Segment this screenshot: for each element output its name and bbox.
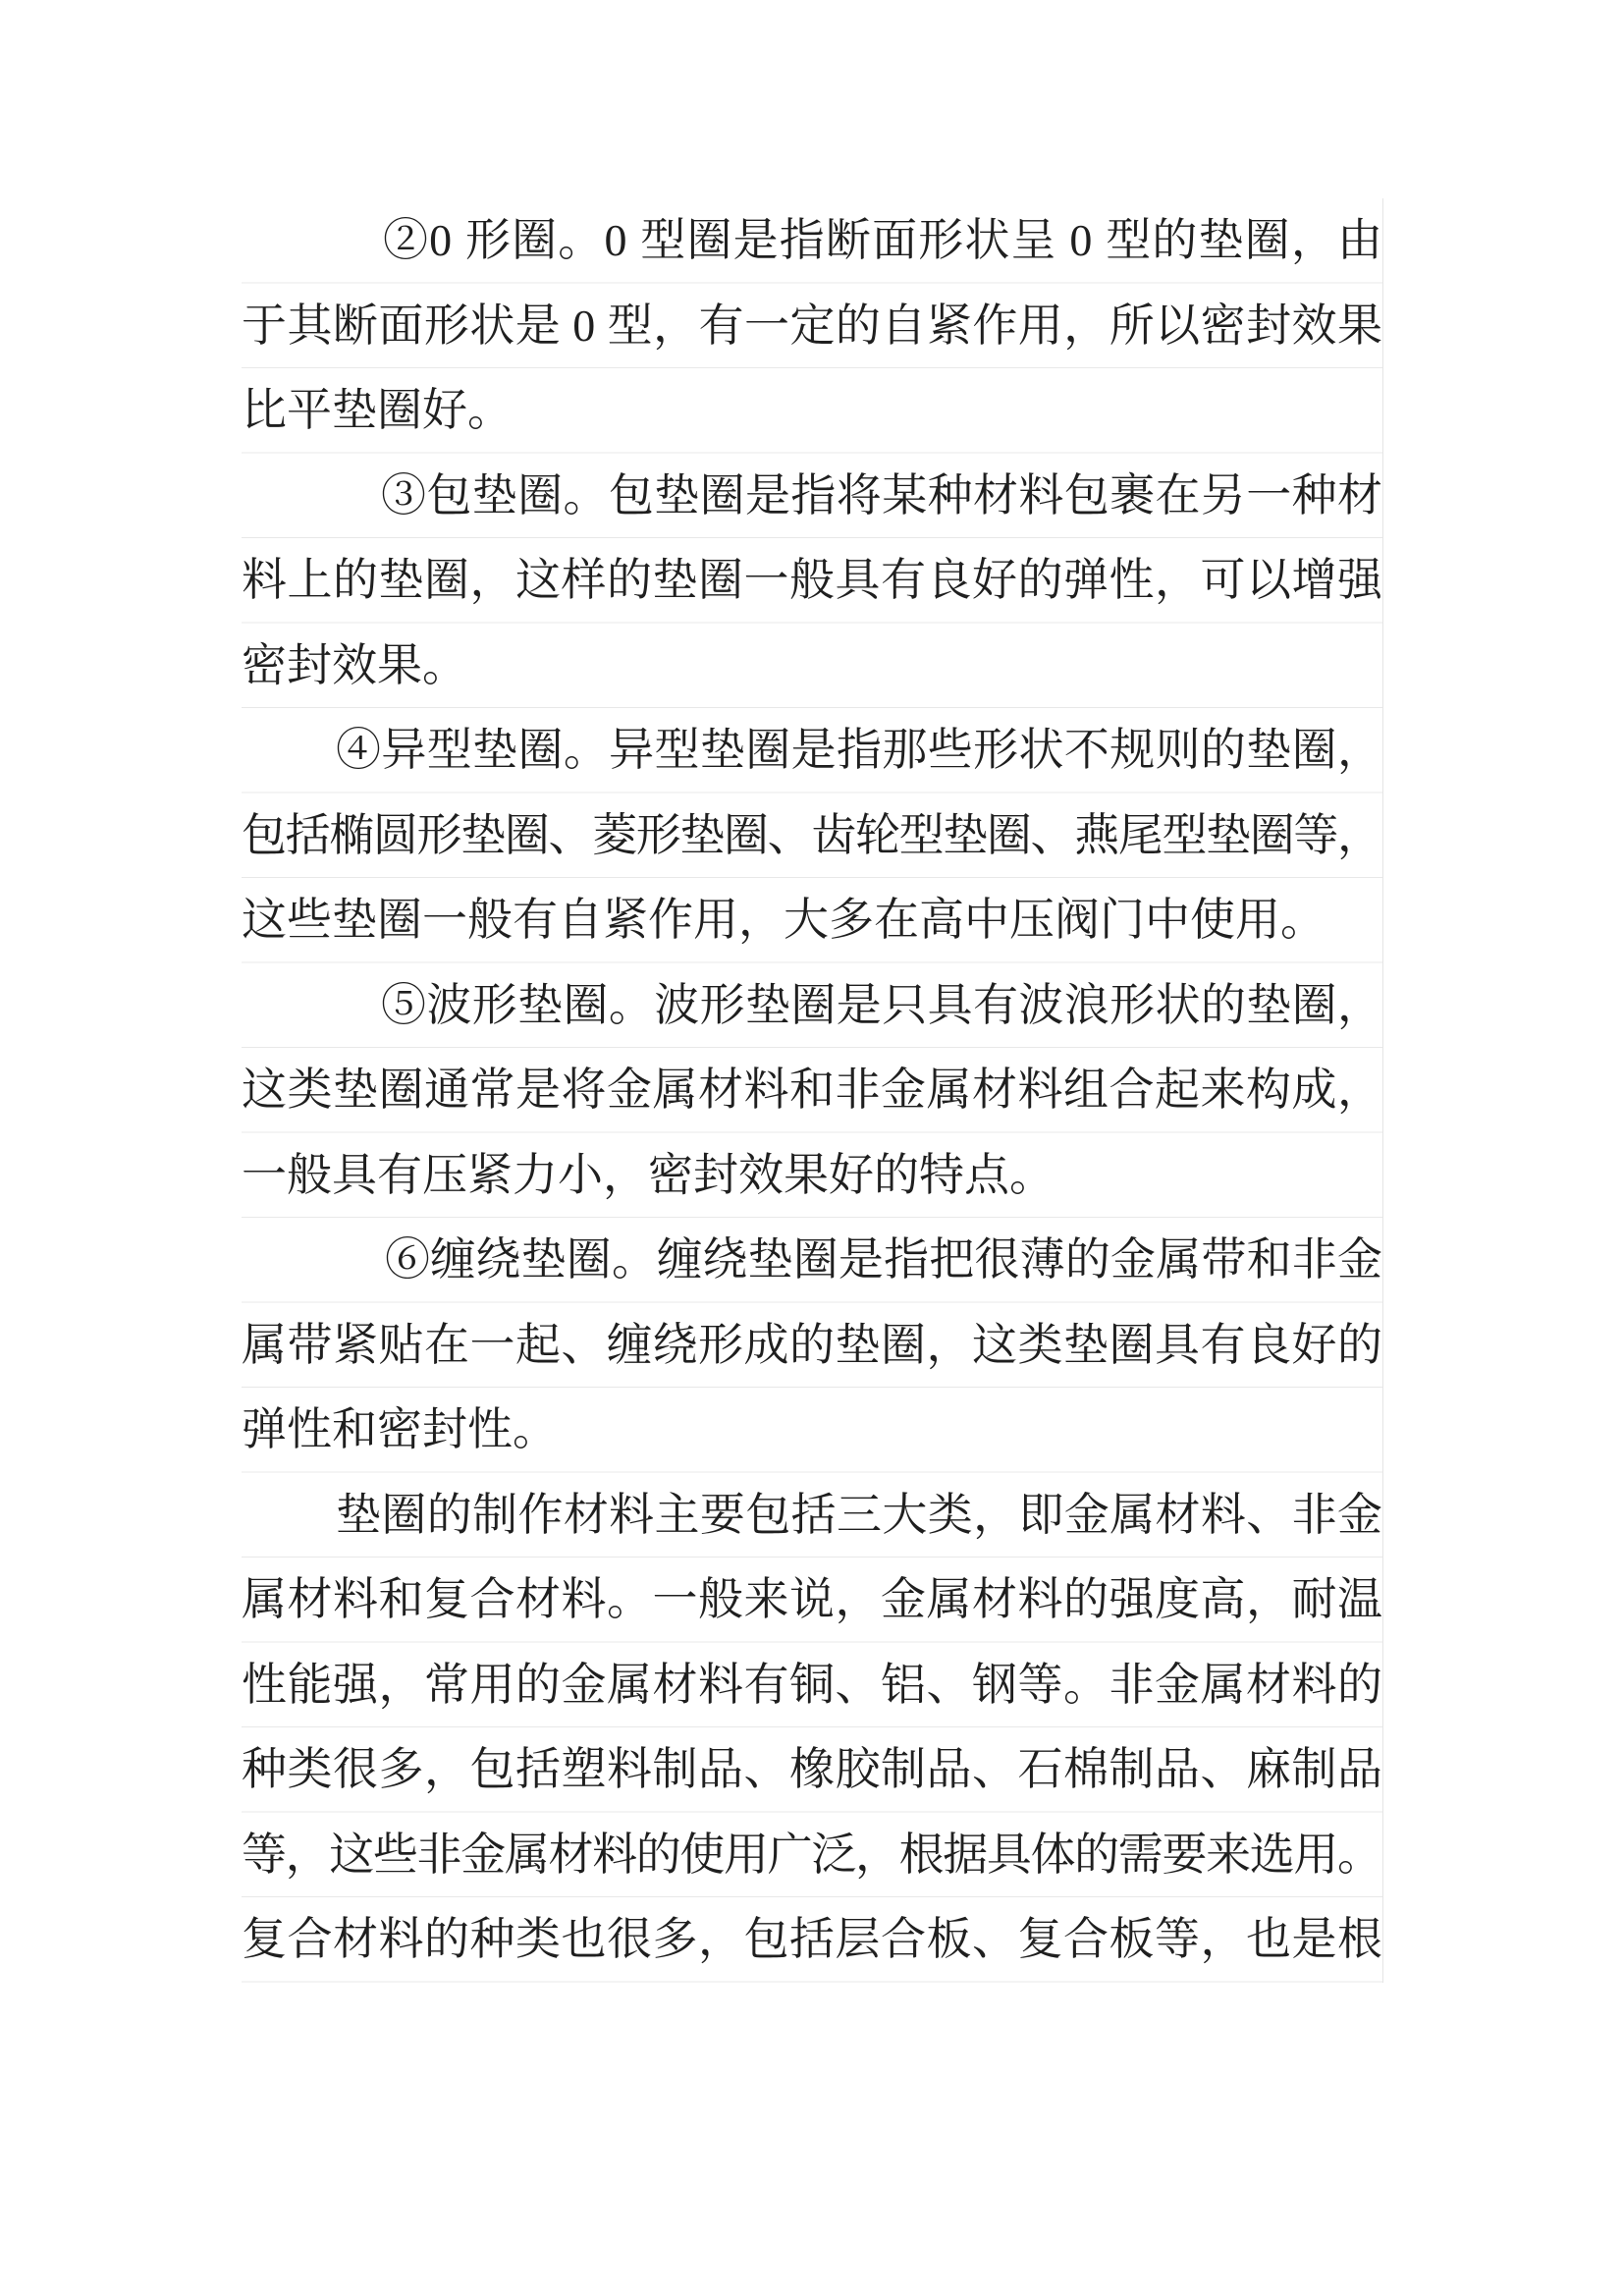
text-line-content: 垫圈的制作材料主要包括三大类，即金属材料、非金	[336, 1473, 1382, 1558]
text-line: 属带紧贴在一起、缠绕形成的垫圈，这类垫圈具有良好的	[242, 1303, 1382, 1389]
text-line: 种类很多，包括塑料制品、橡胶制品、石棉制品、麻制品	[242, 1727, 1382, 1813]
text-line: 比平垫圈好。	[242, 368, 1382, 454]
text-line: 等，这些非金属材料的使用广泛，根据具体的需要来选用。	[242, 1813, 1382, 1898]
paragraph: ③包垫圈。包垫圈是指将某种材料包裹在另一种材料上的垫圈，这样的垫圈一般具有良好的…	[242, 454, 1382, 709]
text-line-content: 属材料和复合材料。一般来说，金属材料的强度高，耐温	[242, 1558, 1383, 1643]
document-body: ②0 形圈。0 型圈是指断面形状呈 0 型的垫圈，由于其断面形状是 0 型，有一…	[242, 198, 1383, 1983]
text-line: 性能强，常用的金属材料有铜、铝、钢等。非金属材料的	[242, 1643, 1382, 1728]
text-line-content: 属带紧贴在一起、缠绕形成的垫圈，这类垫圈具有良好的	[242, 1303, 1383, 1389]
text-line-content: 复合材料的种类也很多，包括层合板、复合板等，也是根	[242, 1897, 1383, 1983]
text-line: 这类垫圈通常是将金属材料和非金属材料组合起来构成，	[242, 1048, 1382, 1133]
text-line-content: 料上的垫圈，这样的垫圈一般具有良好的弹性，可以增强	[242, 538, 1383, 624]
paragraph: ⑥缠绕垫圈。缠绕垫圈是指把很薄的金属带和非金属带紧贴在一起、缠绕形成的垫圈，这类…	[242, 1218, 1382, 1473]
text-line-content: 这类垫圈通常是将金属材料和非金属材料组合起来构成，	[242, 1048, 1383, 1133]
text-line-content: ③包垫圈。包垫圈是指将某种材料包裹在另一种材	[381, 454, 1382, 539]
text-line: 料上的垫圈，这样的垫圈一般具有良好的弹性，可以增强	[242, 538, 1382, 624]
text-line-content: ⑥缠绕垫圈。缠绕垫圈是指把很薄的金属带和非金	[385, 1218, 1382, 1303]
text-line-content: 比平垫圈好。	[242, 368, 513, 454]
text-line-content: 包括椭圆形垫圈、菱形垫圈、齿轮型垫圈、燕尾型垫圈等，	[242, 793, 1381, 879]
text-line-content: 于其断面形状是 0 型，有一定的自紧作用，所以密封效果	[242, 284, 1382, 369]
text-line: 复合材料的种类也很多，包括层合板、复合板等，也是根	[242, 1897, 1382, 1983]
paragraph: ②0 形圈。0 型圈是指断面形状呈 0 型的垫圈，由于其断面形状是 0 型，有一…	[242, 198, 1382, 454]
text-line-content: ②0 形圈。0 型圈是指断面形状呈 0 型的垫圈，由	[383, 198, 1383, 284]
text-line-content: 等，这些非金属材料的使用广泛，根据具体的需要来选用。	[242, 1813, 1381, 1898]
text-line-content: 密封效果。	[242, 624, 467, 709]
text-line: ④异型垫圈。异型垫圈是指那些形状不规则的垫圈，	[242, 708, 1382, 793]
text-line-content: 弹性和密封性。	[242, 1388, 558, 1473]
text-line: ⑤波形垫圈。波形垫圈是只具有波浪形状的垫圈，	[242, 963, 1382, 1049]
text-line: 于其断面形状是 0 型，有一定的自紧作用，所以密封效果	[242, 284, 1382, 369]
text-line: 弹性和密封性。	[242, 1388, 1382, 1473]
paragraph: 垫圈的制作材料主要包括三大类，即金属材料、非金属材料和复合材料。一般来说，金属材…	[242, 1473, 1382, 1983]
paragraph: ⑤波形垫圈。波形垫圈是只具有波浪形状的垫圈，这类垫圈通常是将金属材料和非金属材料…	[242, 963, 1382, 1219]
text-line-content: 这些垫圈一般有自紧作用，大多在高中压阀门中使用。	[242, 878, 1325, 963]
text-line-content: 种类很多，包括塑料制品、橡胶制品、石棉制品、麻制品	[242, 1727, 1383, 1813]
text-line-content: ⑤波形垫圈。波形垫圈是只具有波浪形状的垫圈，	[381, 963, 1382, 1049]
text-line: 密封效果。	[242, 624, 1382, 709]
text-line: 包括椭圆形垫圈、菱形垫圈、齿轮型垫圈、燕尾型垫圈等，	[242, 793, 1382, 879]
text-line-content: ④异型垫圈。异型垫圈是指那些形状不规则的垫圈，	[336, 708, 1382, 793]
text-line-content: 一般具有压紧力小，密封效果好的特点。	[242, 1133, 1055, 1219]
paragraph: ④异型垫圈。异型垫圈是指那些形状不规则的垫圈，包括椭圆形垫圈、菱形垫圈、齿轮型垫…	[242, 708, 1382, 963]
document-page: ②0 形圈。0 型圈是指断面形状呈 0 型的垫圈，由于其断面形状是 0 型，有一…	[0, 0, 1623, 2296]
text-line: 垫圈的制作材料主要包括三大类，即金属材料、非金	[242, 1473, 1382, 1558]
text-line-content: 性能强，常用的金属材料有铜、铝、钢等。非金属材料的	[242, 1643, 1383, 1728]
text-line: 一般具有压紧力小，密封效果好的特点。	[242, 1133, 1382, 1219]
text-line: ②0 形圈。0 型圈是指断面形状呈 0 型的垫圈，由	[242, 198, 1382, 284]
text-line: 属材料和复合材料。一般来说，金属材料的强度高，耐温	[242, 1558, 1382, 1643]
text-line: 这些垫圈一般有自紧作用，大多在高中压阀门中使用。	[242, 878, 1382, 963]
text-line: ⑥缠绕垫圈。缠绕垫圈是指把很薄的金属带和非金	[242, 1218, 1382, 1303]
text-line: ③包垫圈。包垫圈是指将某种材料包裹在另一种材	[242, 454, 1382, 539]
